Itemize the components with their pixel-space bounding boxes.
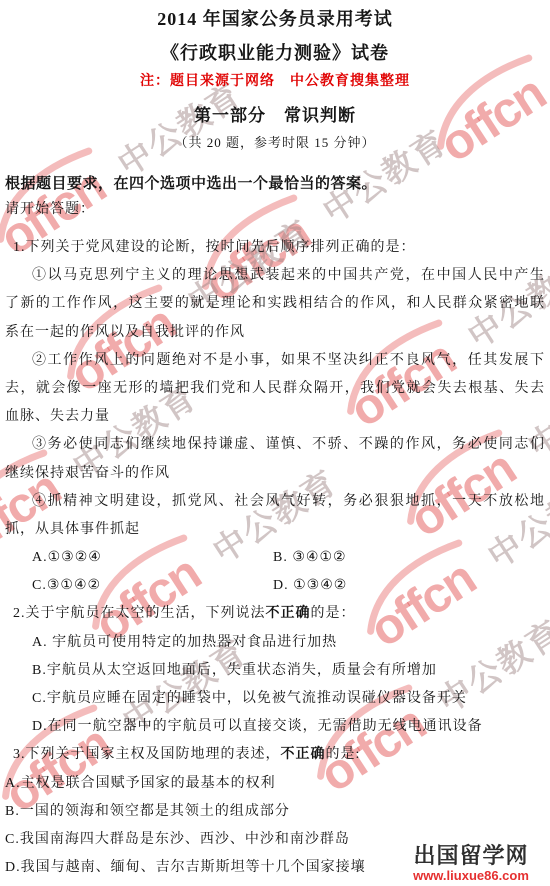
q1-statement1-line2: 了新的工作作风，这主要的就是理论和实践相结合的作风，和人民群众紧密地联 <box>5 290 545 318</box>
q1-option-c: C.③①④② <box>5 572 101 600</box>
q1-option-d: D. ①③④② <box>273 572 347 600</box>
instruction-line: 根据题目要求，在四个选项中选出一个最恰当的答案。 <box>5 172 377 193</box>
q1-statement3-line2: 继续保持艰苦奋斗的作风 <box>5 460 545 488</box>
q1-options-row2: C.③①④② D. ①③④② <box>5 572 545 600</box>
exam-document-page: offcn中公教育 offcn中公教育 offcn中公教育 offcn中公教育 … <box>0 0 550 886</box>
document-content: 2014 年国家公务员录用考试 《行政职业能力测验》试卷 注：题目来源于网络 中… <box>0 0 550 886</box>
liuxue86-logo-name: 出国留学网 <box>408 843 534 869</box>
liuxue86-logo: 出国留学网 www.liuxue86.com <box>408 843 534 883</box>
q2-stem-post: 的是： <box>311 606 356 621</box>
liuxue86-logo-url: www.liuxue86.com <box>408 869 534 883</box>
q2-option-b: B.宇航员从太空返回地面后，失重状态消失，质量会有所增加 <box>5 657 545 685</box>
q1-option-b: B. ③④①② <box>273 544 347 572</box>
q3-option-a: A.主权是联合国赋予国家的最基本的权利 <box>5 770 545 798</box>
q1-statement2-line1: ②工作作风上的问题绝对不是小事，如果不坚决纠正不良风气，任其发展下 <box>5 347 545 375</box>
q3-option-b: B.一国的领海和领空都是其领土的组成部分 <box>5 798 545 826</box>
section-meta: （共 20 题，参考时限 15 分钟） <box>0 132 550 151</box>
q1-statement2-line2: 去，就会像一座无形的墙把我们党和人民群众隔开，我们党就会失去根基、失去 <box>5 375 545 403</box>
q2-stem-bold: 不正确 <box>266 606 311 621</box>
q3-stem: 3.下列关于国家主权及国防地理的表述，不正确的是: <box>5 741 545 769</box>
q1-stem: 1.下列关于党风建设的论断，按时间先后顺序排列正确的是： <box>5 234 545 262</box>
q3-stem-pre: 3.下列关于国家主权及国防地理的表述， <box>13 747 281 762</box>
source-note: 注：题目来源于网络 中公教育搜集整理 <box>0 70 550 90</box>
q1-options-row1: A.①③②④ B. ③④①② <box>5 544 545 572</box>
q1-option-a: A.①③②④ <box>5 544 102 572</box>
q1-statement3-line1: ③务必使同志们继续地保持谦虚、谨慎、不骄、不躁的作风，务必使同志们 <box>5 431 545 459</box>
q2-stem: 2.关于宇航员在太空的生活，下列说法不正确的是： <box>5 600 545 628</box>
q2-option-d: D.在同一航空器中的宇航员可以直接交谈，无需借助无线电通讯设备 <box>5 713 545 741</box>
doc-title: 2014 年国家公务员录用考试 <box>0 5 550 31</box>
q1-statement1-line1: ①以马克思列宁主义的理论思想武装起来的中国共产党，在中国人民中产生 <box>5 262 545 290</box>
q3-stem-post: 的是: <box>326 747 361 762</box>
question-body: 1.下列关于党风建设的论断，按时间先后顺序排列正确的是： ①以马克思列宁主义的理… <box>5 234 545 882</box>
q3-stem-bold: 不正确 <box>281 747 326 762</box>
doc-subtitle: 《行政职业能力测验》试卷 <box>0 39 550 65</box>
q1-statement4-line2: 抓，从具体事件抓起 <box>5 516 545 544</box>
q1-statement2-line3: 血脉、失去力量 <box>5 403 545 431</box>
q1-statement1-line3: 系在一起的作风以及自我批评的作风 <box>5 319 545 347</box>
begin-prompt: 请开始答题： <box>5 198 95 218</box>
section-title: 第一部分 常识判断 <box>0 101 550 126</box>
q2-option-a: A. 宇航员可使用特定的加热器对食品进行加热 <box>5 629 545 657</box>
q1-statement4-line1: ④抓精神文明建设，抓党风、社会风气好转，务必狠狠地抓，一天不放松地 <box>5 488 545 516</box>
q2-stem-pre: 2.关于宇航员在太空的生活，下列说法 <box>13 606 266 621</box>
q2-option-c: C.宇航员应睡在固定的睡袋中，以免被气流推动误碰仪器设备开关 <box>5 685 545 713</box>
